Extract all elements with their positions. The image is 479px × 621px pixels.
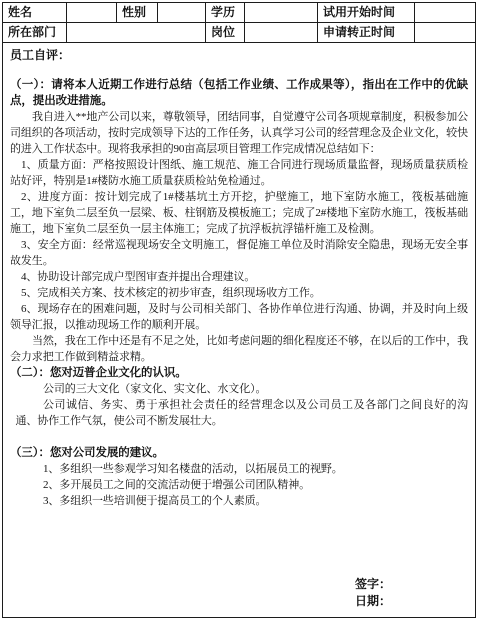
self-review-section: 员工自评： （一）：请将本人近期工作进行总结（包括工作业绩、工作成果等），指出在… xyxy=(3,43,475,617)
section-1-item-review: 5、完成相关方案、技术核定的初步审查，组织现场收方工作。 xyxy=(10,285,468,301)
signature-label: 签字： xyxy=(355,576,391,593)
probation-start-field-value xyxy=(415,3,475,22)
name-field-label: 姓名 xyxy=(3,3,67,22)
regularization-field-value xyxy=(415,23,475,42)
department-field-value xyxy=(67,23,206,42)
spacer xyxy=(10,429,468,445)
section-1-heading: （一）：请将本人近期工作进行总结（包括工作业绩、工作成果等），指出在工作中的优缺… xyxy=(10,77,468,109)
section-3-heading: （三）：您对公司发展的建议。 xyxy=(10,445,468,461)
section-2-heading: （二）：您对迈普企业文化的认识。 xyxy=(10,365,468,381)
regularization-field-label: 申请转正时间 xyxy=(318,23,415,42)
section-1-item-design: 4、协助设计部完成户型图审查并提出合理建议。 xyxy=(10,269,468,285)
section-2-cultures: 公司的三大文化（家文化、实文化、水文化）。 xyxy=(10,381,468,397)
position-field-label: 岗位 xyxy=(206,23,245,42)
section-1-item-progress: 2、进度方面：按计划完成了1#楼基坑土方开挖，护壁施工，地下室防水施工，筏板基础… xyxy=(10,189,468,237)
self-review-title: 员工自评： xyxy=(10,47,468,64)
name-field-value xyxy=(67,3,117,22)
gender-field-label: 性别 xyxy=(117,3,158,22)
date-label: 日期： xyxy=(355,593,391,610)
section-1-intro: 我自进入**地产公司以来，尊敬领导，团结同事，自觉遵守公司各项规章制度，积极参加… xyxy=(10,109,468,157)
section-1-item-liaison: 6、现场存在的困难问题，及时与公司相关部门、各协作单位进行沟通、协调，并及时向上… xyxy=(10,301,468,333)
section-1-item-safety: 3、安全方面：经常巡视现场安全文明施工，督促施工单位及时消除安全隐患，现场无安全… xyxy=(10,237,468,269)
education-field-label: 学历 xyxy=(206,3,245,22)
section-3-item-exchange: 2、多开展员工之间的交流活动便于增强公司团队精神。 xyxy=(10,477,468,493)
education-field-value xyxy=(245,3,318,22)
probation-start-field-label: 试用开始时间 xyxy=(318,3,415,22)
section-3-item-training: 3、多组织一些培训便于提高员工的个人素质。 xyxy=(10,493,468,509)
position-field-value xyxy=(245,23,318,42)
info-table-row-1: 姓名 性别 学历 试用开始时间 xyxy=(3,3,475,23)
info-table-row-2: 所在部门 岗位 申请转正时间 xyxy=(3,23,475,43)
signature-block: 签字： 日期： xyxy=(355,576,391,610)
department-field-label: 所在部门 xyxy=(3,23,67,42)
section-2-values: 公司诚信、务实、勇于承担社会责任的经营理念以及公司员工及各部门之间良好的沟通、协… xyxy=(10,397,468,429)
section-1-item-quality: 1、质量方面：严格按照设计图纸、施工规范、施工合同进行现场质量监督，现场质量获质… xyxy=(10,157,468,189)
section-1-closing: 当然，我在工作中还是有不足之处，比如考虑问题的细化程度还不够，在以后的工作中，我… xyxy=(10,333,468,365)
gender-field-value xyxy=(158,3,206,22)
evaluation-form: 姓名 性别 学历 试用开始时间 所在部门 岗位 申请转正时间 员工自评： （一）… xyxy=(2,2,476,618)
section-3-item-visits: 1、多组织一些参观学习知名楼盘的活动，以拓展员工的视野。 xyxy=(10,461,468,477)
